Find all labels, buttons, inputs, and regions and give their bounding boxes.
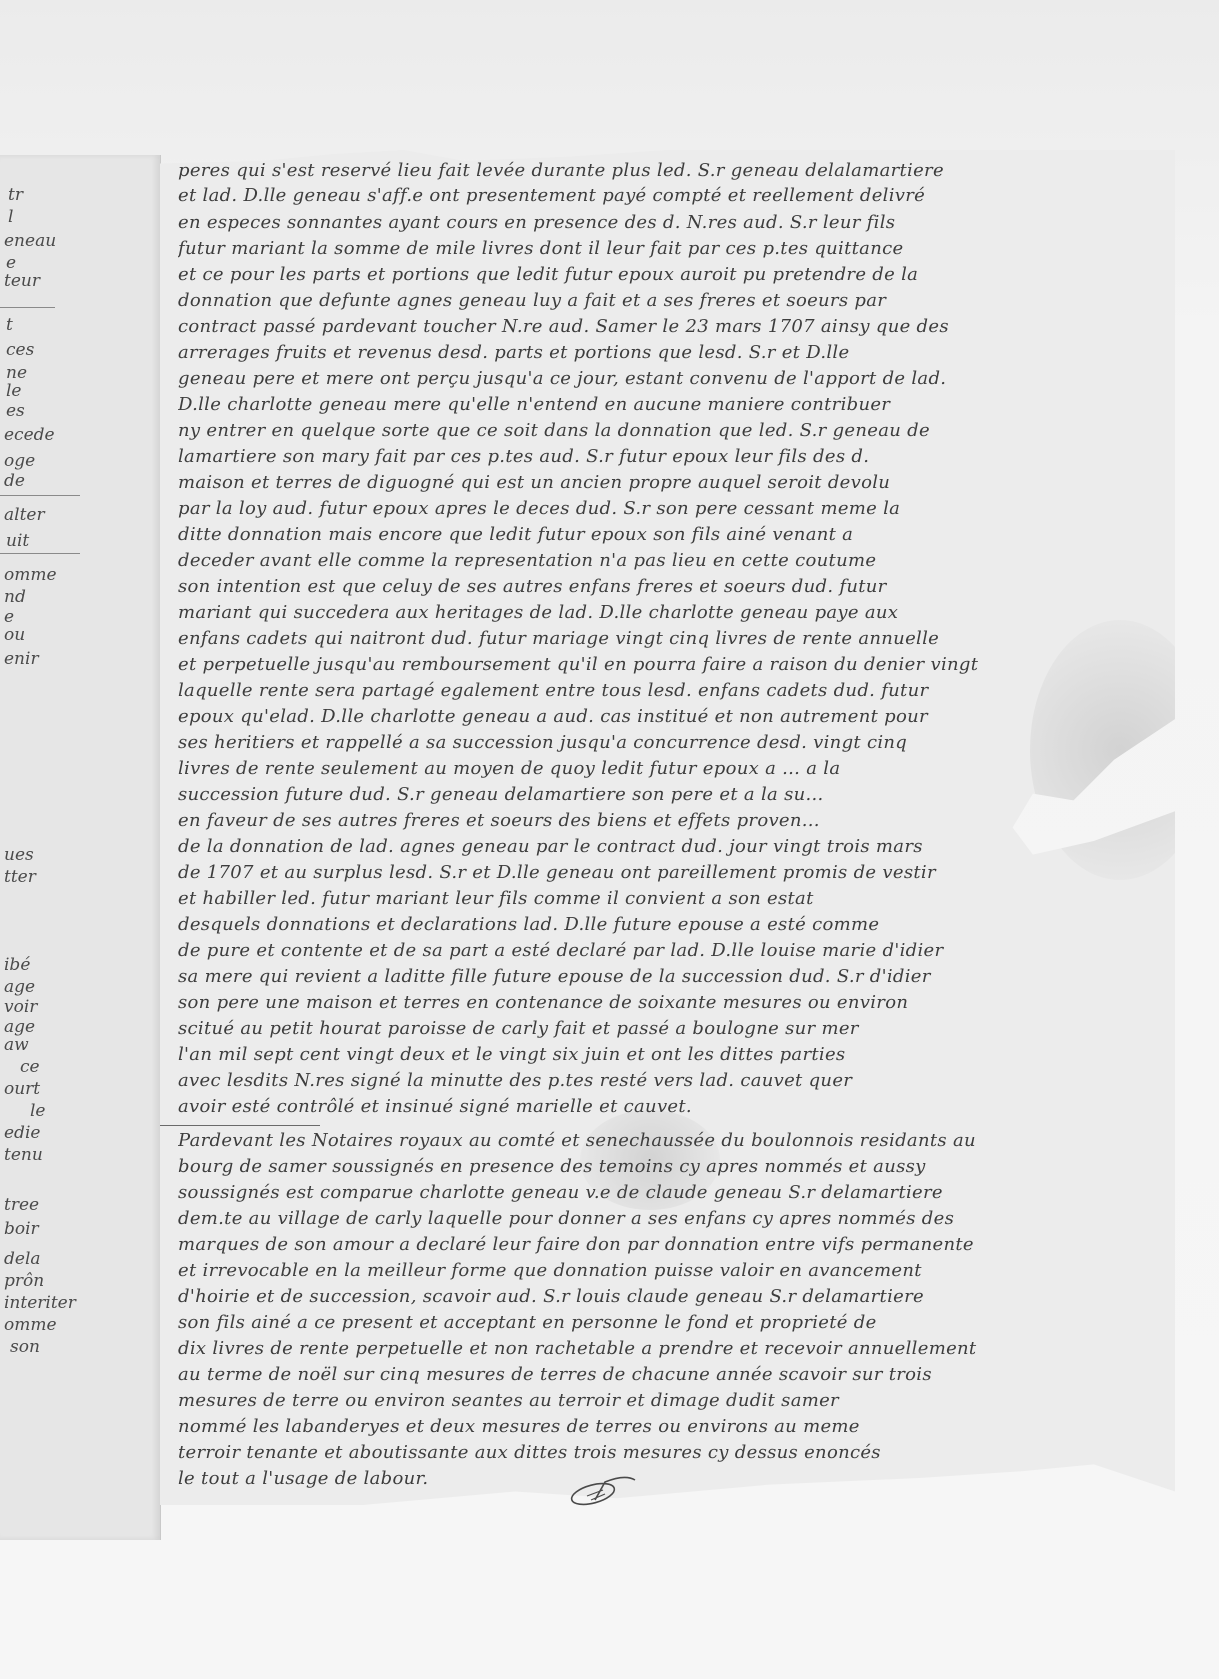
- left-fragment: alter: [4, 505, 45, 525]
- left-fragment: boir: [4, 1219, 39, 1239]
- text-line: terroir tenante et aboutissante aux ditt…: [178, 1442, 1165, 1463]
- text-line: deceder avant elle comme la representati…: [178, 550, 1165, 571]
- text-line: par la loy aud. futur epoux apres le dec…: [178, 498, 1165, 519]
- text-line: marques de son amour a declaré leur fair…: [178, 1234, 1165, 1255]
- text-line: l'an mil sept cent vingt deux et le ving…: [178, 1044, 1165, 1065]
- left-fragment: edie: [4, 1123, 40, 1143]
- text-line: de la donnation de lad. agnes geneau par…: [178, 836, 1165, 857]
- text-line: dem.te au village de carly laquelle pour…: [178, 1208, 1165, 1229]
- left-fragment: interiter: [4, 1293, 76, 1313]
- text-line: desquels donnations et declarations lad.…: [178, 914, 1165, 935]
- left-fragment: ou: [4, 625, 25, 645]
- text-line: et habiller led. futur mariant leur fils…: [178, 888, 1165, 909]
- left-fragment: oge: [4, 451, 35, 471]
- left-fragment: uit: [6, 531, 29, 551]
- text-line: ses heritiers et rappellé a sa successio…: [178, 732, 1165, 753]
- text-line: d'hoirie et de succession, scavoir aud. …: [178, 1286, 1165, 1307]
- left-fragment: age: [4, 1017, 35, 1037]
- text-line: en especes sonnantes ayant cours en pres…: [178, 212, 1165, 233]
- left-fragment: aw: [4, 1035, 29, 1055]
- left-page-fragment: tr l eneau e teur t ces ne le es ecede o…: [0, 155, 161, 1540]
- text-line: son intention est que celuy de ses autre…: [178, 576, 1165, 597]
- text-line: geneau pere et mere ont perçu jusqu'a ce…: [178, 368, 1165, 389]
- text-line: scitué au petit hourat paroisse de carly…: [178, 1018, 1165, 1039]
- left-fragment: es: [6, 401, 25, 421]
- left-fragment: eneau: [4, 231, 56, 251]
- text-line: nommé les labanderyes et deux mesures de…: [178, 1416, 1165, 1437]
- text-line: de pure et contente et de sa part a esté…: [178, 940, 1165, 961]
- left-fragment: age: [4, 977, 35, 997]
- text-line: enfans cadets qui naitront dud. futur ma…: [178, 628, 1165, 649]
- text-line: livres de rente seulement au moyen de qu…: [178, 758, 1015, 779]
- left-fragment: ourt: [4, 1079, 40, 1099]
- left-fragment: tr: [8, 185, 23, 205]
- text-line: dix livres de rente perpetuelle et non r…: [178, 1338, 1165, 1359]
- text-line: bourg de samer soussignés en presence de…: [178, 1156, 1165, 1177]
- text-line: donnation que defunte agnes geneau luy a…: [178, 290, 1165, 311]
- paraph-icon: [565, 1472, 645, 1512]
- left-fragment: ibé: [4, 955, 30, 975]
- left-fragment: voir: [4, 997, 37, 1017]
- text-line: arrerages fruits et revenus desd. parts …: [178, 342, 1165, 363]
- text-line: soussignés est comparue charlotte geneau…: [178, 1182, 1165, 1203]
- text-line: D.lle charlotte geneau mere qu'elle n'en…: [178, 394, 1165, 415]
- text-line: maison et terres de diguogné qui est un …: [178, 472, 1165, 493]
- left-fragment: ecede: [4, 425, 55, 445]
- line-filler: [0, 307, 55, 308]
- text-line: mariant qui succedera aux heritages de l…: [178, 602, 1165, 623]
- text-line: et ce pour les parts et portions que led…: [178, 264, 1165, 285]
- left-fragment: son: [10, 1337, 40, 1357]
- left-fragment: e: [4, 607, 14, 627]
- left-fragment: nd: [4, 587, 26, 607]
- left-fragment: tenu: [4, 1145, 43, 1165]
- text-line: et lad. D.lle geneau s'aff.e ont present…: [178, 185, 1165, 206]
- left-fragment: enir: [4, 649, 39, 669]
- left-fragment: tree: [4, 1195, 39, 1215]
- left-fragment: l: [8, 207, 13, 227]
- text-line: sa mere qui revient a laditte fille futu…: [178, 966, 1165, 987]
- text-line: mesures de terre ou environ seantes au t…: [178, 1390, 1165, 1411]
- line-filler: [0, 553, 80, 554]
- text-line: au terme de noël sur cinq mesures de ter…: [178, 1364, 1165, 1385]
- text-line: de 1707 et au surplus lesd. S.r et D.lle…: [178, 862, 1165, 883]
- text-line: ny entrer en quelque sorte que ce soit d…: [178, 420, 1165, 441]
- text-line: contract passé pardevant toucher N.re au…: [178, 316, 1165, 337]
- left-fragment: omme: [4, 565, 57, 585]
- text-line: epoux qu'elad. D.lle charlotte geneau a …: [178, 706, 1165, 727]
- text-line: avec lesdits N.res signé la minutte des …: [178, 1070, 1165, 1091]
- left-fragment: teur: [4, 271, 40, 291]
- left-fragment: t: [6, 315, 13, 335]
- text-line: et irrevocable en la meilleur forme que …: [178, 1260, 1165, 1281]
- text-line: lamartiere son mary fait par ces p.tes a…: [178, 446, 1165, 467]
- left-fragment: ne: [6, 363, 27, 383]
- left-fragment: ce: [20, 1057, 40, 1077]
- text-line: peres qui s'est reservé lieu fait levée …: [178, 160, 1165, 181]
- left-fragment: prôn: [4, 1271, 44, 1291]
- text-line: et perpetuelle jusqu'au remboursement qu…: [178, 654, 1165, 675]
- text-line: Pardevant les Notaires royaux au comté e…: [178, 1130, 1165, 1151]
- left-fragment: de: [4, 471, 25, 491]
- left-fragment: omme: [4, 1315, 57, 1335]
- text-line: ditte donnation mais encore que ledit fu…: [178, 524, 1165, 545]
- line-filler: [0, 495, 80, 496]
- left-fragment: e: [6, 253, 16, 273]
- text-line: futur mariant la somme de mile livres do…: [178, 238, 1165, 259]
- section-divider: [160, 1125, 320, 1126]
- left-fragment: ues: [4, 845, 34, 865]
- text-line: en faveur de ses autres freres et soeurs…: [178, 810, 1015, 831]
- text-line: avoir esté contrôlé et insinué signé mar…: [178, 1096, 1165, 1117]
- left-fragment: le: [6, 381, 22, 401]
- text-line: son fils ainé a ce present et acceptant …: [178, 1312, 1165, 1333]
- text-line: son pere une maison et terres en contena…: [178, 992, 1165, 1013]
- left-fragment: le: [30, 1101, 46, 1121]
- left-fragment: dela: [4, 1249, 41, 1269]
- text-line: succession future dud. S.r geneau delama…: [178, 784, 1005, 805]
- left-fragment: ces: [6, 340, 34, 360]
- text-line: laquelle rente sera partagé egalement en…: [178, 680, 1165, 701]
- left-fragment: tter: [4, 867, 36, 887]
